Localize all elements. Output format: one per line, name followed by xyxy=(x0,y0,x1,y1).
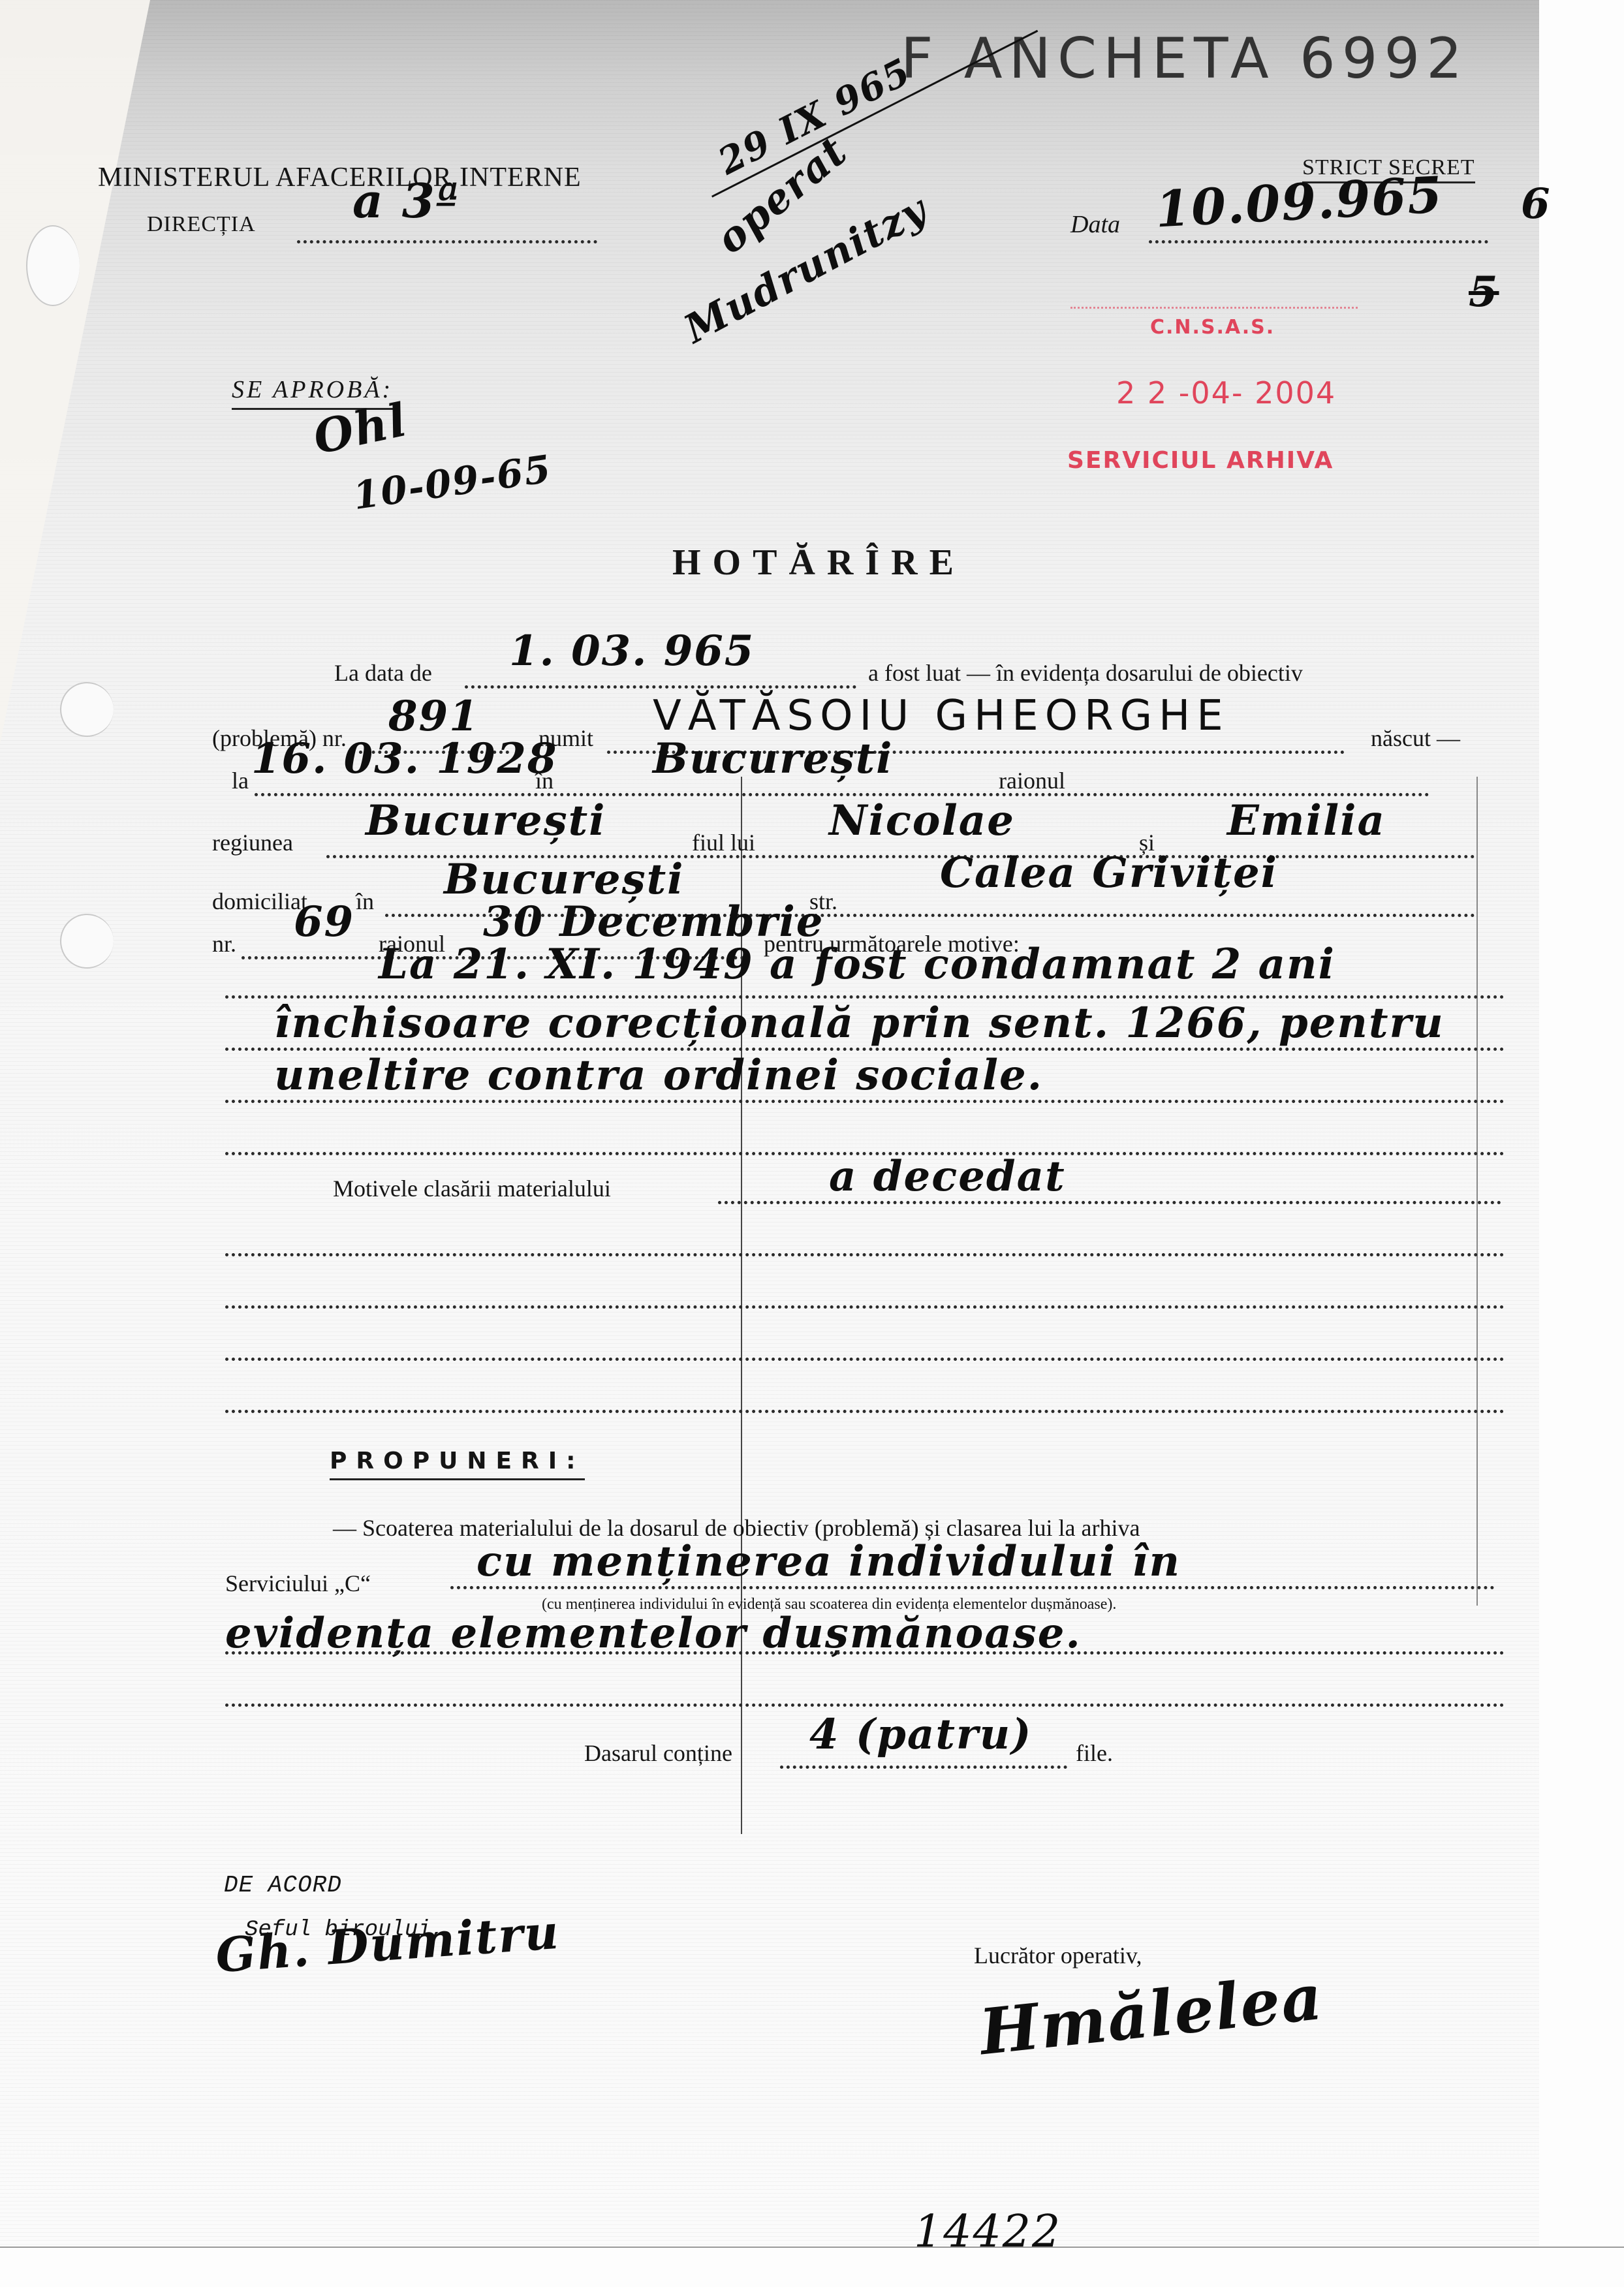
folded-corner xyxy=(0,0,150,744)
file-reference: F ANCHETA 6992 xyxy=(901,26,1469,91)
scan-margin-right xyxy=(1539,0,1624,2287)
motive-dotted-line-3 xyxy=(225,1100,1505,1103)
in-label: în xyxy=(535,767,554,794)
de-acord-label: DE ACORD xyxy=(224,1872,342,1899)
punch-hole-middle xyxy=(60,682,114,737)
date-dotted-line xyxy=(1149,240,1488,243)
dosar-value: 4 (patru) xyxy=(809,1710,1032,1759)
margin-line xyxy=(1476,777,1478,1606)
stamp-organization: C.N.S.A.S. xyxy=(1150,316,1275,339)
page-number-struck: 5 xyxy=(1469,268,1499,317)
date-label: Data xyxy=(1070,210,1120,239)
domiciliat-in-label: în xyxy=(356,888,374,915)
stamp-date: 2 2 -04- 2004 xyxy=(1116,375,1336,411)
regiunea-label: regiunea xyxy=(212,829,293,856)
luat-label: a fost luat — în evidența dosarului de o… xyxy=(868,659,1303,687)
punch-hole-lower xyxy=(60,914,114,969)
directia-value: a 3ª xyxy=(352,173,460,228)
scan-margin-bottom xyxy=(0,2247,1624,2287)
fiul-label: fiul lui xyxy=(692,829,755,856)
regiunea-value: București xyxy=(366,796,606,845)
problema-value: 891 xyxy=(388,692,480,741)
street-number: 69 xyxy=(294,897,354,946)
serviciu-label: Serviciului „C“ xyxy=(225,1570,371,1597)
clasare-dotted-line xyxy=(718,1201,1501,1204)
nascut-label: născut — xyxy=(1371,724,1460,752)
clasare-label: Motivele clasării materialului xyxy=(333,1175,611,1202)
stamp-department: SERVICIUL ARHIVA xyxy=(1067,447,1334,474)
la-data-dotted-line xyxy=(465,685,856,689)
dosar-dotted-line xyxy=(780,1766,1067,1769)
dosar-label: Dasarul conține xyxy=(584,1739,732,1767)
propuneri-line-1: cu menținerea individului în xyxy=(476,1537,1181,1586)
document-title: HOTĂRÎRE xyxy=(672,542,965,583)
la-data-label: La data de xyxy=(334,659,432,687)
mother-name: Emilia xyxy=(1227,796,1386,845)
motive-line-1: La 21. XI. 1949 a fost condamnat 2 ani xyxy=(379,940,1335,989)
subject-name: VĂTĂSOIU GHEORGHE xyxy=(653,692,1230,740)
birth-date: 16. 03. 1928 xyxy=(251,734,557,783)
domiciliu-city: București xyxy=(444,855,684,904)
la-label: la xyxy=(232,767,249,794)
page-number: 6 xyxy=(1521,179,1552,228)
street-name: Calea Griviței xyxy=(940,848,1278,897)
directia-label: DIRECȚIA xyxy=(147,212,256,237)
propuneri-dotted-line-3 xyxy=(225,1704,1505,1707)
father-name: Nicolae xyxy=(829,796,1015,845)
clasare-dotted-line-3 xyxy=(225,1305,1505,1309)
lucrator-label: Lucrător operativ, xyxy=(974,1942,1142,1969)
directia-dotted-line xyxy=(297,240,597,243)
punch-hole-top xyxy=(26,225,80,306)
archive-number: 14422 xyxy=(914,2206,1061,2258)
motive-line-2: închisoare corecțională prin sent. 1266,… xyxy=(274,999,1444,1048)
propuneri-line-2: evidența elementelor dușmănoase. xyxy=(225,1609,1082,1658)
serviciu-dotted-line xyxy=(450,1586,1495,1589)
clasare-dotted-line-5 xyxy=(225,1410,1505,1413)
ministry-name: MINISTERUL AFACERILOR INTERNE xyxy=(98,162,582,193)
stamp-border xyxy=(1070,307,1358,309)
la-data-value: 1. 03. 965 xyxy=(509,627,755,676)
dosar-suffix: file. xyxy=(1076,1739,1113,1767)
propuneri-dotted-line-2 xyxy=(225,1651,1505,1655)
propuneri-heading: PROPUNERI: xyxy=(330,1448,585,1480)
birth-place: București xyxy=(653,734,893,783)
clasare-value: a decedat xyxy=(829,1152,1066,1201)
motive-line-3: uneltire contra ordinei sociale. xyxy=(274,1051,1043,1100)
nr-label: nr. xyxy=(212,930,236,957)
clasare-dotted-line-4 xyxy=(225,1358,1505,1361)
clasare-dotted-line-2 xyxy=(225,1253,1505,1256)
raionul-birth-label: raionul xyxy=(999,767,1065,794)
